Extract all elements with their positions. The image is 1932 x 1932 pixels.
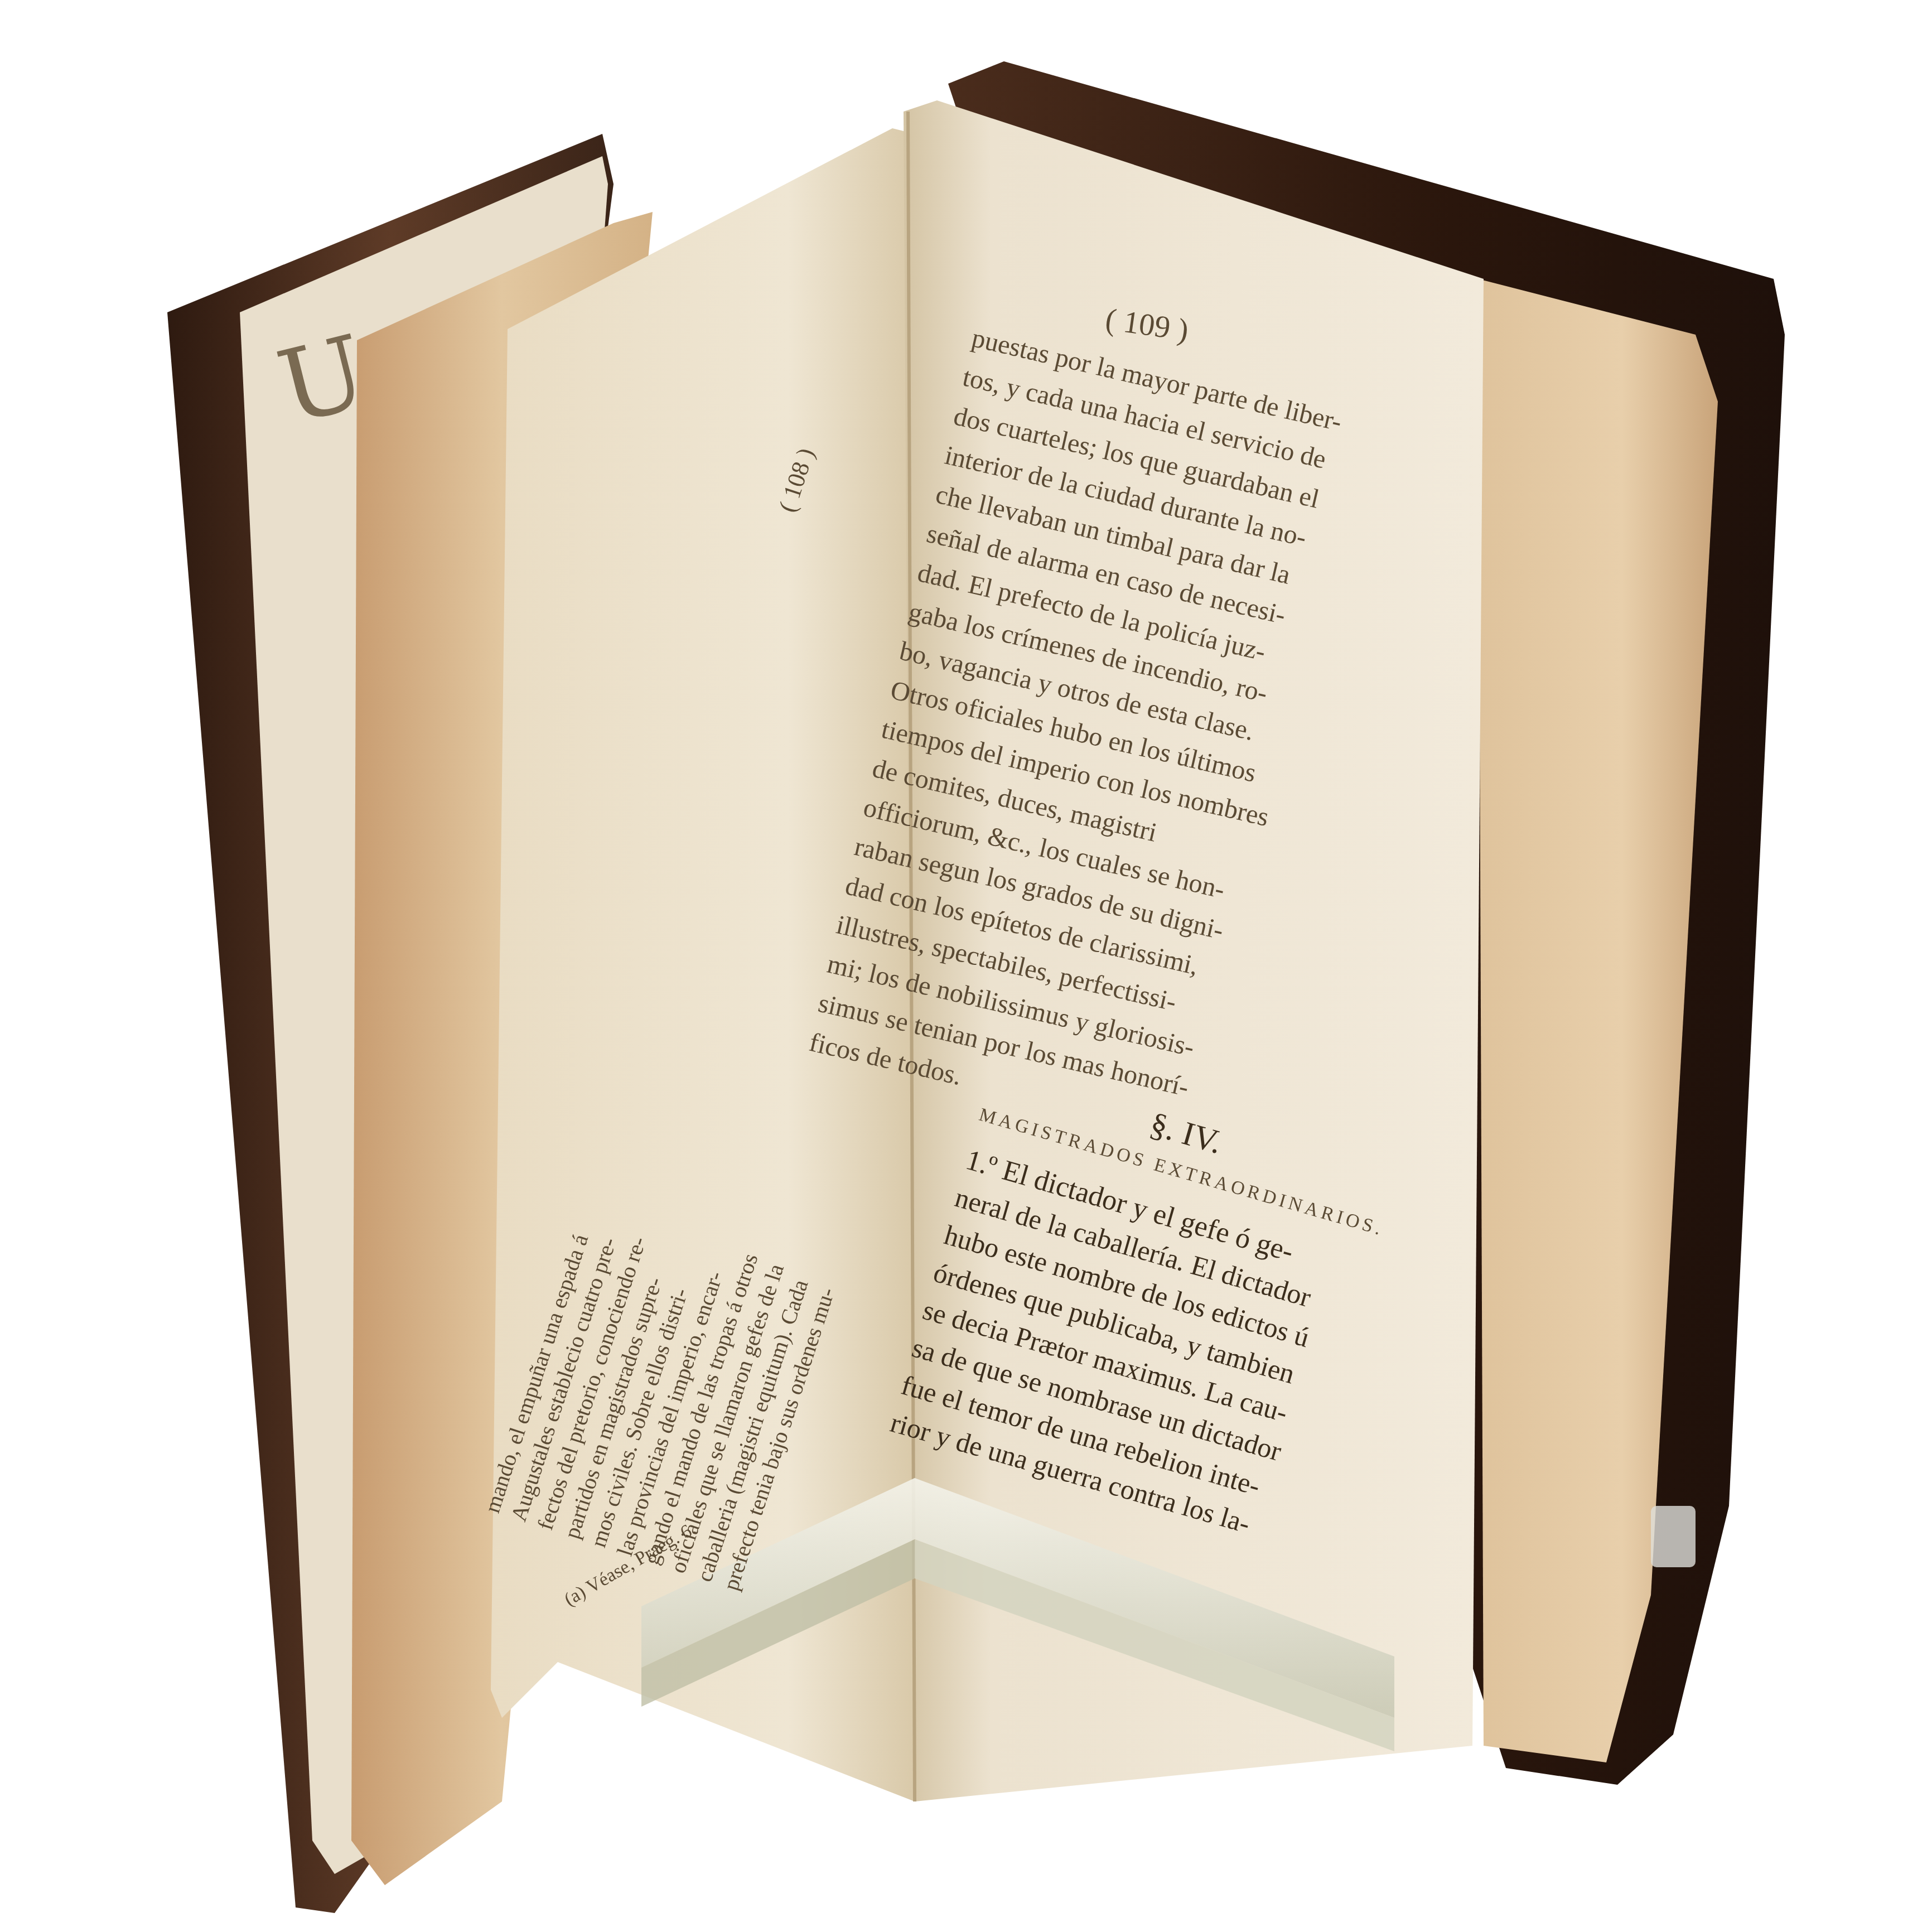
book-photo: U ( 108 ) mando, el empuñar una espada á… <box>0 0 1932 1932</box>
book-illustration: U ( 108 ) mando, el empuñar una espada á… <box>0 0 1932 1932</box>
